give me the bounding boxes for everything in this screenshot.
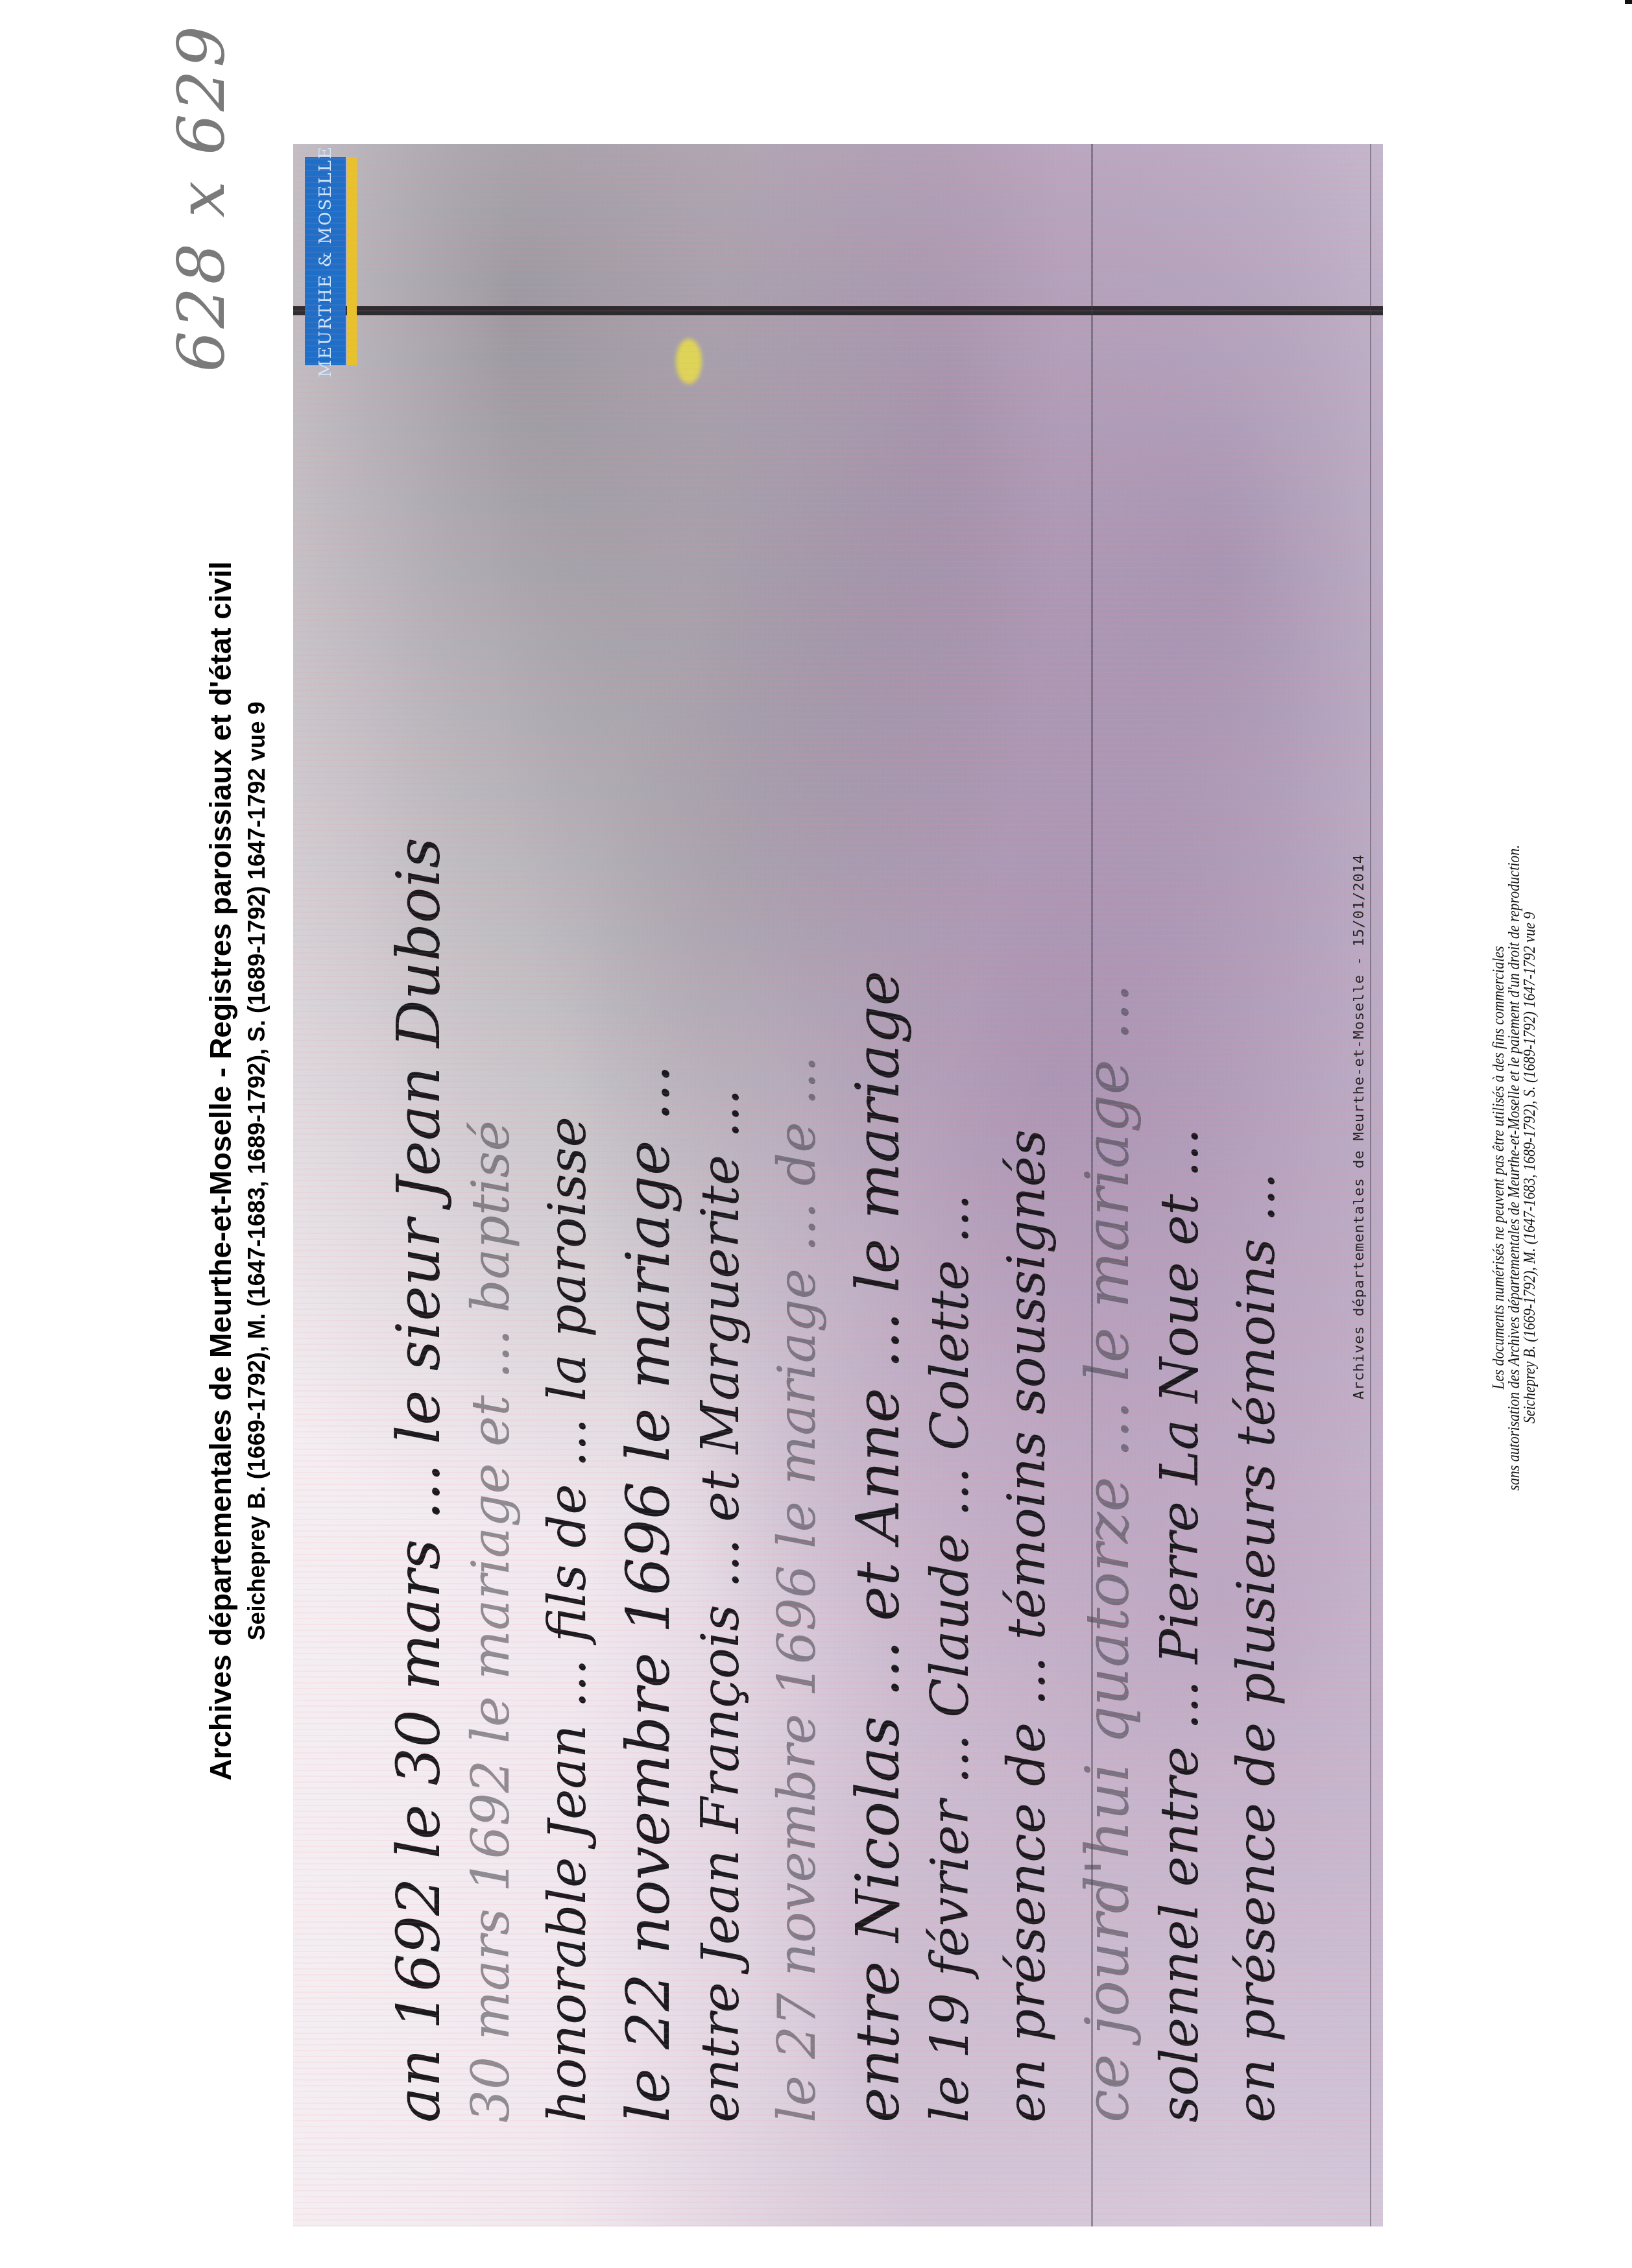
- usage-notice-line: Seicheprey B. (1669-1792), M. (1647-1683…: [1522, 845, 1538, 1491]
- handwriting-line: en présence de ... témoins soussignés: [996, 1129, 1057, 2123]
- usage-notice-line: sans autorisation des Archives départeme…: [1507, 845, 1522, 1491]
- handwriting-line: entre Nicolas ... et Anne ... le mariage: [843, 971, 913, 2123]
- scanner-corner-mark: [1625, 0, 1632, 4]
- handwriting-line: ce jourd'hui quatorze ... le mariage ...: [1073, 983, 1142, 2123]
- scan-watermark: Archives départementales de Meurthe-et-M…: [1351, 854, 1367, 1399]
- handwriting-line: solennel entre ... Pierre La Noue et ...: [1149, 1128, 1210, 2123]
- handwriting-line: le 27 novembre 1696 le mariage ... de ..…: [767, 1056, 827, 2123]
- handwriting-line: entre Jean François ... et Marguerite ..…: [690, 1089, 750, 2123]
- header-title: Archives départementales de Meurthe-et-M…: [200, 561, 241, 1781]
- handwriting-line: an 1692 le 30 mars ... le sieur Jean Dub…: [384, 838, 453, 2123]
- logo-text: MEURTHE & MOSELLE: [316, 145, 335, 378]
- handwriting-line: honorable Jean ... fils de ... la parois…: [537, 1116, 597, 2123]
- manuscript-scan: MEURTHE & MOSELLE an 1692 le 30 mars ...…: [293, 144, 1383, 2226]
- header-subtitle: Seicheprey B. (1669-1792), M. (1647-1683…: [241, 561, 273, 1781]
- handwriting-line: le 22 novembre 1696 le mariage ...: [614, 1065, 683, 2123]
- logo-stripe: [347, 157, 357, 365]
- usage-notice-line: Les documents numérisés ne peuvent pas ê…: [1491, 845, 1507, 1491]
- scan-margin-line: [1370, 144, 1371, 2226]
- yellow-stain: [676, 339, 702, 384]
- document-header: Archives départementales de Meurthe-et-M…: [200, 561, 273, 1781]
- pencil-annotation: 628 x 629: [163, 23, 239, 372]
- meurthe-moselle-logo: MEURTHE & MOSELLE: [305, 157, 346, 365]
- handwriting-line: le 19 février ... Claude ... Colette ...: [920, 1194, 980, 2123]
- handwriting-line: 30 mars 1692 le mariage et ... baptisé: [461, 1120, 521, 2123]
- scan-fold-line: [293, 306, 1383, 315]
- handwriting-line: en présence de plusieurs témoins ...: [1226, 1172, 1286, 2123]
- usage-notice: Les documents numérisés ne peuvent pas ê…: [1491, 801, 1538, 1535]
